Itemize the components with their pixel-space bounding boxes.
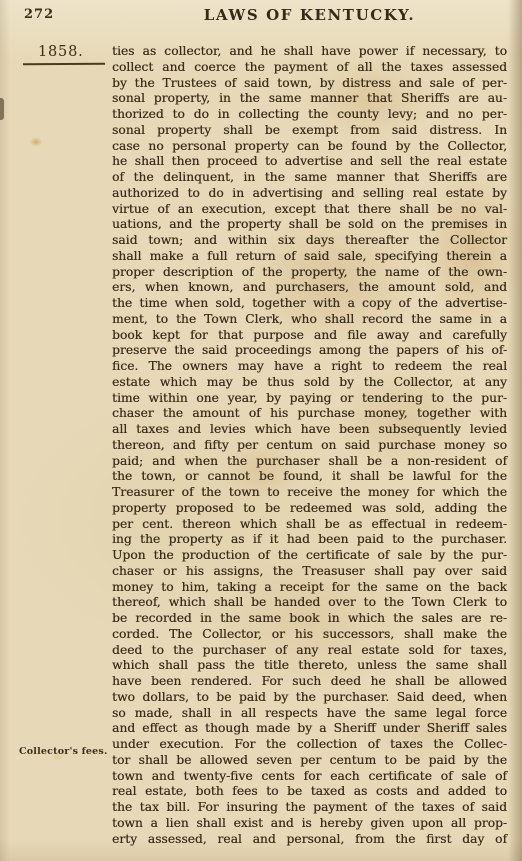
year-underline-divider	[23, 63, 105, 66]
text-line: money to him, taking a receipt for the s…	[112, 580, 507, 596]
text-line: so made, shall in all respects have the …	[112, 706, 507, 722]
body-text-column: ties as collector, and he shall have pow…	[112, 44, 507, 847]
text-line: ing the property as if it had been paid …	[112, 532, 507, 548]
text-line: which shall pass the title thereto, unle…	[112, 658, 507, 674]
text-line: case no personal property can be found b…	[112, 139, 507, 155]
page-number: 272	[24, 7, 54, 22]
margin-year-label: 1858.	[38, 44, 84, 60]
text-line: the tax bill. For insuring the payment o…	[112, 800, 507, 816]
text-line: by the Trustees of said town, by distres…	[112, 76, 507, 92]
text-line: the town, or cannot be found, it shall b…	[112, 469, 507, 485]
text-line: ties as collector, and he shall have pow…	[112, 44, 507, 60]
text-line: sonal property shall be exempt from said…	[112, 123, 507, 139]
text-line: deed to the purchaser of any real estate…	[112, 643, 507, 659]
text-line: thereon, and fifty per centum on said pu…	[112, 438, 507, 454]
text-line: corded. The Collector, or his successors…	[112, 627, 507, 643]
text-line: collect and coerce the payment of all th…	[112, 60, 507, 76]
text-line: of the delinquent, in the same manner th…	[112, 170, 507, 186]
text-line: virtue of an execution, except that ther…	[112, 202, 507, 218]
text-line: ment, to the Town Clerk, who shall recor…	[112, 312, 507, 328]
book-page: 272 LAWS OF KENTUCKY. 1858. Collector's …	[0, 0, 522, 861]
text-line: town a lien shall exist and is hereby gi…	[112, 816, 507, 832]
text-line: fice. The owners may have a right to red…	[112, 359, 507, 375]
text-line: thorized to do in collecting the county …	[112, 107, 507, 123]
text-line: sonal property, in the same manner that …	[112, 91, 507, 107]
text-line: Treasurer of the town to receive the mon…	[112, 485, 507, 501]
text-line: said town; and within six days thereafte…	[112, 233, 507, 249]
margin-note-collectors-fees: Collector's fees.	[19, 746, 111, 757]
text-line: property proposed to be redeemed was sol…	[112, 501, 507, 517]
text-line: tor shall be allowed seven per centum to…	[112, 753, 507, 769]
text-line: real estate, both fees to be taxed as co…	[112, 784, 507, 800]
text-line: ers, when known, and purchasers, the amo…	[112, 280, 507, 296]
page-edge-mark	[0, 98, 4, 120]
text-line: shall make a full return of said sale, s…	[112, 249, 507, 265]
page-title: LAWS OF KENTUCKY.	[112, 6, 507, 24]
text-line: chaser the amount of his purchase money,…	[112, 406, 507, 422]
text-line: estate which may be thus sold by the Col…	[112, 375, 507, 391]
text-line: uations, and the property shall be sold …	[112, 217, 507, 233]
text-line: erty assessed, real and personal, from t…	[112, 832, 507, 848]
text-line: paid; and when the purchaser shall be a …	[112, 454, 507, 470]
text-line: all taxes and levies which have been sub…	[112, 422, 507, 438]
text-line: the time when sold, together with a copy…	[112, 296, 507, 312]
text-line: proper description of the property, the …	[112, 265, 507, 281]
text-line: two dollars, to be paid by the purchaser…	[112, 690, 507, 706]
text-line: he shall then proceed to advertise and s…	[112, 154, 507, 170]
text-line: book kept for that purpose and file away…	[112, 328, 507, 344]
text-line: town and twenty-five cents for each cert…	[112, 769, 507, 785]
text-line: per cent. thereon which shall be as effe…	[112, 517, 507, 533]
text-line: time within one year, by paying or tende…	[112, 391, 507, 407]
text-line: be recorded in the same book in which th…	[112, 611, 507, 627]
text-line: preserve the said proceedings among the …	[112, 343, 507, 359]
text-line: and effect as though made by a Sheriff u…	[112, 721, 507, 737]
text-line: Upon the production of the certificate o…	[112, 548, 507, 564]
text-line: under execution. For the collection of t…	[112, 737, 507, 753]
text-line: authorized to do in advertising and sell…	[112, 186, 507, 202]
text-line: have been rendered. For such deed he sha…	[112, 674, 507, 690]
text-line: chaser or his assigns, the Treasuser sha…	[112, 564, 507, 580]
text-line: thereof, which shall be handed over to t…	[112, 595, 507, 611]
